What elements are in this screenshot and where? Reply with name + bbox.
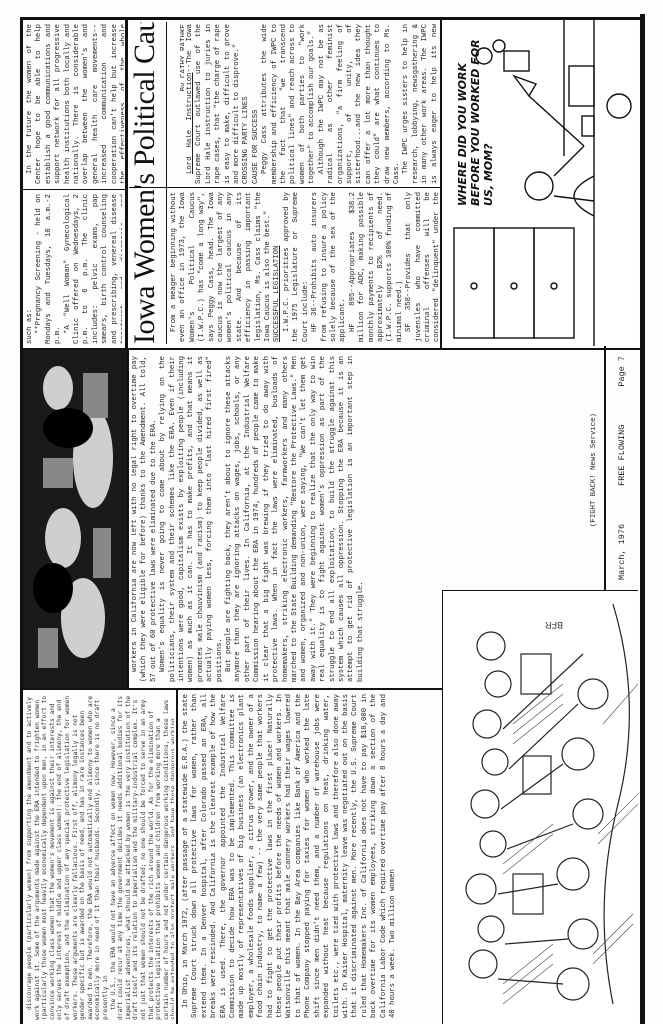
- era-typed-paragraph: discourage people (particularly women) f…: [26, 694, 110, 1020]
- caucus-paragraph: HF 895--Appropriates $38.2 million for A…: [349, 192, 405, 342]
- footer-publication: FREE FLOWING: [617, 425, 627, 486]
- era-typed-column: discourage people (particularly women) f…: [26, 694, 174, 1020]
- divider: [127, 348, 129, 688]
- cartoon-caption: WHERE DID YOU WORK BEFORE YOU WORKED FOR…: [456, 26, 516, 206]
- era-california-paragraph: But people are fighting back, they aren'…: [225, 356, 366, 682]
- clinic-paragraph: **Pregnancy Screening - held on Mondays …: [35, 194, 63, 344]
- caucus-paragraph: Peggy Cass attributes the wide membershi…: [261, 24, 317, 184]
- clinic-paragraph: such as:: [26, 194, 35, 344]
- marching-crowd-illustration: BFR: [443, 590, 638, 1024]
- caucus-subhead: SUCCESSFUL LEGISLATION: [273, 192, 282, 342]
- caucus-paragraph: From a meager beginning without even an …: [170, 192, 273, 342]
- divider: [23, 189, 125, 190]
- caucus-paragraph: Lord Hale Instruction--The Iowa Supreme …: [186, 24, 242, 184]
- clinic-paragraph: *A "Well Woman" Gynecological Clinic off…: [64, 194, 122, 344]
- caucus-paragraph: Although the IWPC may not be as radical …: [318, 24, 403, 184]
- caucus-paragraph: The IWPC urges sisters to help in resear…: [402, 24, 440, 184]
- clinic-article: such as: **Pregnancy Screening - held on…: [26, 194, 122, 344]
- era-california-paragraph: Women's equality is never going to come …: [159, 356, 225, 682]
- bottom-border: [640, 14, 645, 1024]
- newspaper-page: discourage people (particularly women) f…: [0, 0, 663, 1024]
- divider: [176, 689, 178, 1024]
- lord-hale-label: Lord Hale Instruction: [186, 73, 194, 174]
- era-california-column: workers in California are now left with …: [131, 356, 440, 682]
- era-credit: (FIGHT BACK! News Service): [590, 352, 602, 588]
- news-service-credit: (FIGHT BACK! News Service): [590, 413, 598, 527]
- footer-page: Page 7: [617, 356, 627, 387]
- caucus-paragraph: SF 358--Provides that only juveniles who…: [405, 192, 440, 342]
- page-footer: March, 1976 FREE FLOWING Page 7: [606, 346, 638, 590]
- protest-photo: [23, 350, 127, 688]
- caucus-paragraph: I.W.P.C. priorities approved by the 1975…: [283, 192, 311, 342]
- caucus-paragraph: HF 36--Prohibits auto insurers from refu…: [311, 192, 349, 342]
- caucus-byline: By CATHY RATHKE: [180, 24, 184, 92]
- caucus-byline-block: By CATHY RATHKE: [172, 24, 184, 184]
- caucus-headline-block: Iowa Women's Political Caucus: [129, 22, 167, 344]
- cartoon-signature: BFR: [544, 620, 563, 630]
- page-number: 7: [617, 356, 627, 361]
- caption-text: WHERE DID YOU WORK BEFORE YOU WORKED FOR…: [456, 39, 495, 206]
- caucus-subhead: CAUSE FOR SUCCESS: [252, 24, 261, 184]
- divider: [20, 688, 442, 690]
- footer-date: March, 1976: [617, 524, 627, 580]
- caucus-headline: Iowa Women's Political Caucus: [129, 22, 161, 344]
- kitchen-cartoon: WHERE DID YOU WORK BEFORE YOU WORKED FOR…: [444, 20, 638, 346]
- health-article: In the future the women of the Center ho…: [26, 24, 124, 184]
- photo-image: [23, 350, 127, 688]
- caucus-col1: From a meager beginning without even an …: [170, 192, 440, 342]
- caucus-subhead: CROSSING PARTY LINES: [242, 24, 251, 184]
- divider: [20, 348, 640, 350]
- divider: [125, 20, 128, 348]
- era-ohio-column: In Ohio, in March 1972, (after passage o…: [182, 694, 440, 1018]
- divider: [129, 187, 440, 188]
- marching-workers-cartoon: BFR: [442, 590, 638, 1024]
- health-paragraph: In the future the women of the Center ho…: [26, 24, 124, 184]
- era-ohio-paragraph: In Ohio, in March 1972, (after passage o…: [182, 694, 398, 1018]
- caucus-col2: Lord Hale Instruction--The Iowa Supreme …: [186, 24, 440, 184]
- divider: [440, 20, 442, 348]
- era-typed-paragraph: the U.S., the ERA would not have an adve…: [110, 694, 174, 1020]
- era-california-paragraph: workers in California are now left with …: [131, 356, 159, 682]
